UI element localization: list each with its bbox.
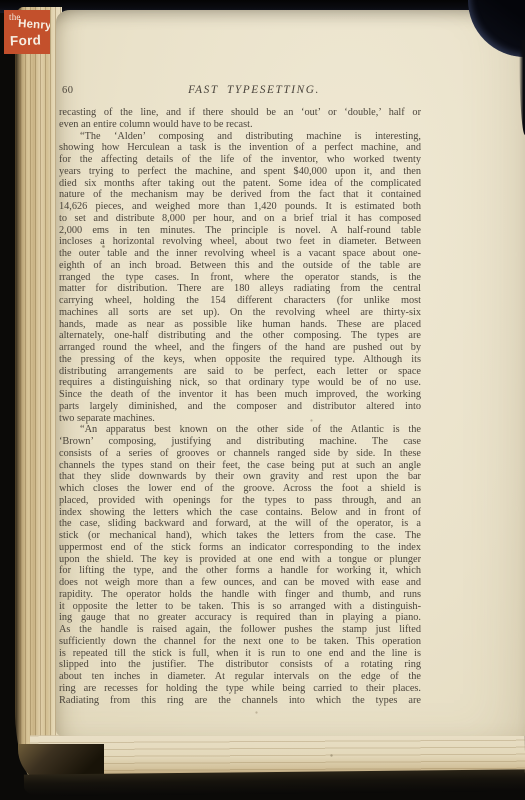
paragraph: “The ‘Alden’ composing and distributing … [59, 131, 421, 425]
text-line: Since the death of the inventor it has b… [59, 389, 421, 401]
text-line: that they slide downwards by their own g… [59, 471, 421, 483]
text-line: rapidity. The operator holds the handle … [59, 589, 421, 601]
text-line: two separate machines. [59, 413, 421, 425]
running-head-title: FAST TYPESETTING. [73, 84, 435, 96]
text-line: 2,000 ems in ten minutes. The principle … [59, 225, 421, 237]
paragraph: recasting of the line, and if there shou… [59, 107, 421, 131]
text-line: the case, sliding backward and forward, … [59, 518, 421, 530]
text-line: distributing arrangements are said to be… [59, 366, 421, 378]
text-line: stick (or mechanical hand), which takes … [59, 530, 421, 542]
text-line: even an entire column would have to be r… [59, 119, 421, 131]
text-line: rranged the type cases. In front, where … [59, 272, 421, 284]
text-line: is repeated till the stick is full, when… [59, 648, 421, 660]
text-line: to set and distribute 8,000 per hour, an… [59, 213, 421, 225]
text-line: ring are recesses for holding the type w… [59, 683, 421, 695]
text-line: arranged round the wheel, and the finger… [59, 342, 421, 354]
text-line: “An apparatus best known on the other si… [59, 424, 421, 436]
page-edges-bottom [30, 733, 525, 776]
text-line: recasting of the line, and if there shou… [59, 107, 421, 119]
text-line: incloses a horizontal revolving wheel, a… [59, 236, 421, 248]
text-line: died six months after taking out the pat… [59, 178, 421, 190]
text-line: As the handle is raised again, the follo… [59, 624, 421, 636]
page-header: 60 FAST TYPESETTING. [59, 84, 421, 98]
text-line: alternately, one-half distributing and t… [59, 330, 421, 342]
text-line: for lifting the type, and the other form… [59, 565, 421, 577]
text-line: Radiating from this ring are the channel… [59, 695, 421, 707]
text-line: upon the shield. The key is provided at … [59, 554, 421, 566]
logo-word-ford: Ford [10, 32, 42, 48]
text-line: about ten inches in diameter. At regular… [59, 671, 421, 683]
paragraph: “An apparatus best known on the other si… [59, 424, 421, 706]
text-line: ‘Brown’ composing, justifying and distri… [59, 436, 421, 448]
text-line: ing gauge that no greater accuracy is re… [59, 612, 421, 624]
text-line: it opposite the letter to be taken. This… [59, 601, 421, 613]
text-line: slipped into the justifier. The distribu… [59, 659, 421, 671]
text-line: years trying to perfect the machine, and… [59, 166, 421, 178]
text-line: channels the types stand on their feet, … [59, 460, 421, 472]
page-number: 60 [62, 85, 74, 96]
text-line: index showing the letters which the case… [59, 507, 421, 519]
text-line: which closes the lower end of the groove… [59, 483, 421, 495]
text-line: parts largely diminished, and the compos… [59, 401, 421, 413]
henry-ford-logo: the Henry Ford [4, 10, 50, 54]
text-line: nature of the mechanism may be derived f… [59, 189, 421, 201]
page-edges-left [15, 7, 62, 789]
text-line: showing how Herculean a task is the inve… [59, 142, 421, 154]
paper-specks [56, 10, 57, 11]
body-text: recasting of the line, and if there shou… [59, 107, 421, 706]
text-line: carrying wheel, holding the 154 differen… [59, 295, 421, 307]
text-line: 14,626 pieces, and weighed more than 1,4… [59, 201, 421, 213]
text-line: hands, made as near as possible like hum… [59, 319, 421, 331]
text-line: matter for distribution. There are 180 a… [59, 283, 421, 295]
logo-word-henry: Henry [18, 18, 50, 32]
text-line: “The ‘Alden’ composing and distributing … [59, 131, 421, 143]
book-photo: 60 FAST TYPESETTING. recasting of the li… [0, 0, 525, 800]
text-line: the outer table and the inner revolving … [59, 248, 421, 260]
text-line: sufficiently down the channel for the ne… [59, 636, 421, 648]
book-cover-bottom-edge [24, 769, 525, 796]
text-line: placed, provided with openings for the t… [59, 495, 421, 507]
text-line: uppermost end of the stick forms an indi… [59, 542, 421, 554]
text-line: requires a distinguishing nick, so that … [59, 377, 421, 389]
text-line: eighth of an inch broad. Between this an… [59, 260, 421, 272]
text-line: does not weigh more than a few ounces, a… [59, 577, 421, 589]
text-line: for the affecting details of the life of… [59, 154, 421, 166]
text-line: consists of a series of grooves or chann… [59, 448, 421, 460]
text-line: the pressing of the keys, when opposite … [59, 354, 421, 366]
text-line: machines all sorts are set up). On the r… [59, 307, 421, 319]
